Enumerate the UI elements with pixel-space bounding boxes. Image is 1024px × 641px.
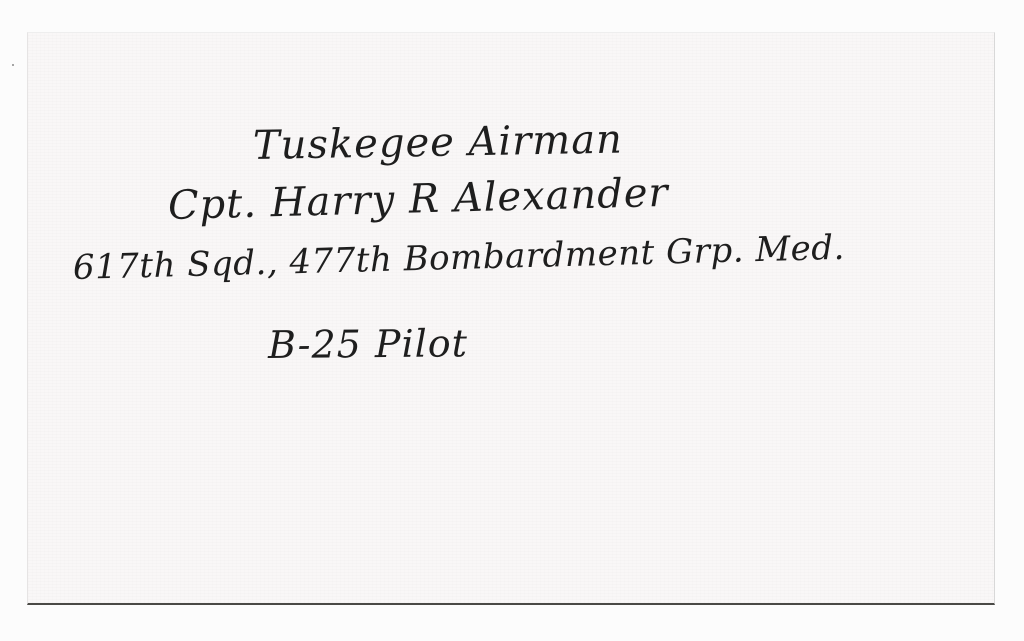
- photo-scene: Tuskegee Airman Cpt. Harry R Alexander 6…: [0, 0, 1024, 641]
- handwriting-line-title: Tuskegee Airman: [253, 117, 624, 169]
- handwriting-line-unit: 617th Sqd., 477th Bombardment Grp. Med.: [72, 228, 845, 288]
- handwriting-line-role: B-25 Pilot: [268, 321, 468, 367]
- handwriting-line-name: Cpt. Harry R Alexander: [167, 170, 669, 229]
- dust-speck: [12, 64, 14, 66]
- index-card: Tuskegee Airman Cpt. Harry R Alexander 6…: [27, 32, 995, 605]
